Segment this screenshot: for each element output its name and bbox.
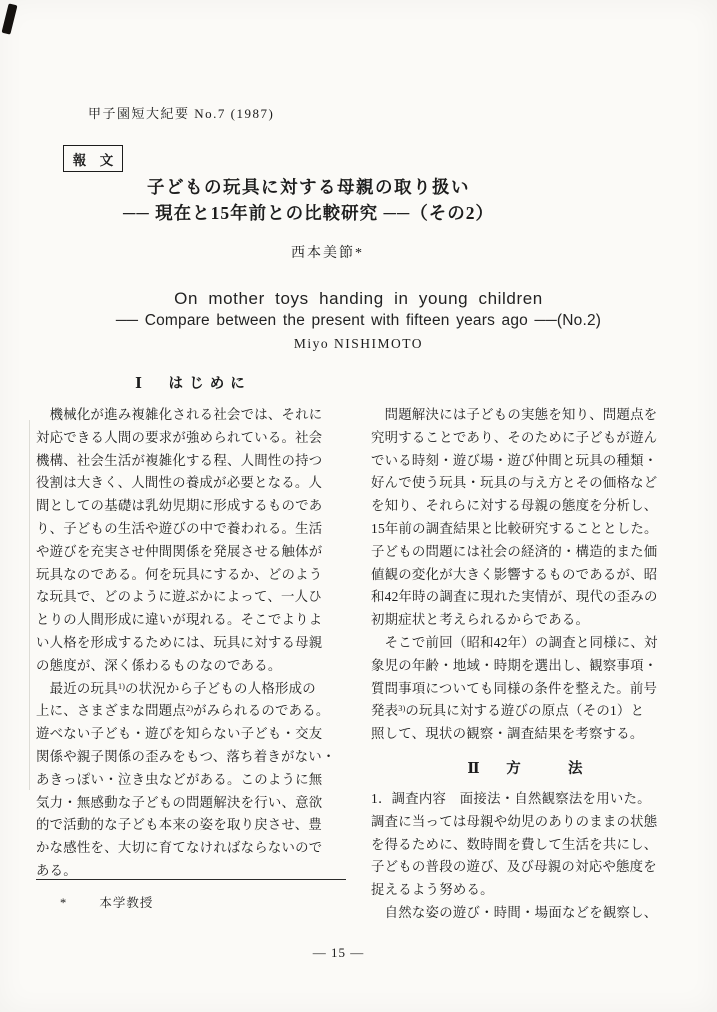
text-line-with-note-ref: 最近の玩具1)の状況から子どもの人格形成の [36, 678, 350, 701]
text-line: や遊びを充実させ仲間関係を発展させる触体が [36, 541, 350, 564]
footnote-text: 本学教授 [99, 896, 153, 910]
text-line: 機構、社会生活が複雑化する程、人間性の持つ [36, 450, 350, 473]
paper-title-jp-line2: ── 現在と15年前との比較研究 ──（その2） [0, 201, 667, 226]
report-type-label: 報 文 [73, 149, 114, 169]
text-line: 役割は大きく、人間性の養成が必要となる。人 [36, 472, 350, 495]
text-line: 質問事項についても同様の条件を整えた。前号 [371, 678, 685, 701]
text-line: 間としての基礎は乳幼児期に形成するものであ [36, 495, 350, 518]
author-name-en: Miyo NISHIMOTO [0, 333, 717, 355]
text-line: い人格を形成するためには、玩具に対する母親 [36, 632, 350, 655]
paper-page: 甲子園短大紀要 No.7 (1987) 報 文 子どもの玩具に対する母親の取り扱… [0, 0, 717, 1012]
text-line: 的で活動的な子ども本来の姿を取り戻させ、豊 [36, 814, 350, 837]
text-segment: 最近の玩具 [36, 681, 118, 696]
text-line: り、子どもの生活や遊びの中で養われる。生活 [36, 518, 350, 541]
page-number: — 15 — [0, 945, 697, 961]
footnote-marker: * [60, 896, 67, 910]
text-segment: の玩具に対する遊びの原点（その1）と [405, 703, 644, 718]
text-line: 15年前の調査結果と比較研究することとした。 [371, 518, 685, 541]
report-type-box: 報 文 [63, 145, 123, 172]
right-column: 問題解決には子どもの実態を知り、問題点を 究明することであり、そのために子どもが… [371, 374, 685, 925]
text-line: 対応できる人間の要求が強められている。社会 [36, 427, 350, 450]
text-line: 調査に当っては母親や幼児のありのままの状態 [371, 811, 685, 834]
text-line: そこで前回（昭和42年）の調査と同様に、対 [371, 632, 685, 655]
text-line: 値観の変化が大きく影響するものであるが、昭 [371, 564, 685, 587]
footnote: * 本学教授 [60, 893, 153, 911]
text-line: 1．調査内容 面接法・自然観察法を用いた。 [371, 788, 685, 811]
text-line: 好んで使う玩具・玩具の与え方とその価格など [371, 472, 685, 495]
text-line: 象児の年齢・地域・時期を選出し、観察事項・ [371, 655, 685, 678]
section-heading-methods: Ⅱ 方 法 [371, 758, 685, 780]
english-title-block: On mother toys handing in young children… [0, 287, 717, 355]
text-line: 自然な姿の遊び・時間・場面などを観察し、 [371, 902, 685, 925]
footnote-rule [36, 879, 346, 880]
section-heading-introduction: Ⅰ はじめに [36, 374, 350, 394]
text-line: 関係や親子関係の歪みをもつ、落ち着きがない・ [36, 746, 350, 769]
text-line: を知り、それらに対する母親の態度を分析し、 [371, 495, 685, 518]
text-line: 初期症状と考えられるからである。 [371, 609, 685, 632]
text-segment: 上に、さまざまな問題点 [36, 703, 186, 718]
text-segment: の状況から子どもの人格形成の [125, 681, 316, 696]
text-line: 機械化が進み複雑化される社会では、それに [36, 404, 350, 427]
text-line: を得るために、数時間を費して生活を共にし、 [371, 834, 685, 857]
text-line-with-note-ref: 上に、さまざまな問題点2)がみられるのである。 [36, 700, 350, 723]
text-line: の態度が、深く係わるものなのである。 [36, 655, 350, 678]
text-line: とりの人間形成に違いが現れる。そこでよりよ [36, 609, 350, 632]
text-line: 気力・無感動な子どもの問題解決を行い、意欲 [36, 792, 350, 815]
text-line: 玩具なのである。何を玩具にするか、どのよう [36, 564, 350, 587]
scan-artifact-mark [2, 3, 18, 34]
note-reference-1: 1) [118, 681, 125, 691]
text-line: 捉えるよう努める。 [371, 879, 685, 902]
journal-header: 甲子園短大紀要 No.7 (1987) [88, 103, 274, 122]
text-line: 遊べない子ども・遊びを知らない子ども・交友 [36, 723, 350, 746]
paper-title-en-line1: On mother toys handing in young children [0, 287, 717, 310]
text-line: あきっぽい・泣き虫などがある。このように無 [36, 769, 350, 792]
author-name-jp: 西本美節* [0, 242, 686, 262]
left-column: Ⅰ はじめに 機械化が進み複雑化される社会では、それに 対応できる人間の要求が強… [36, 374, 350, 883]
scan-gutter-line [29, 420, 30, 790]
paper-title-jp-line1: 子どもの玩具に対する母親の取り扱い [0, 175, 667, 200]
text-line: 究明することであり、そのために子どもが遊ん [371, 427, 685, 450]
text-line: 和42年時の調査に現れた実情が、現代の歪みの [371, 586, 685, 609]
text-line: 照して、現状の観察・調査結果を考察する。 [371, 723, 685, 746]
text-segment: 発表 [371, 703, 398, 718]
text-line-with-note-ref: 発表3)の玩具に対する遊びの原点（その1）と [371, 700, 685, 723]
text-line: 子どもの普段の遊び、及び母親の対応や態度を [371, 856, 685, 879]
title-block: 子どもの玩具に対する母親の取り扱い ── 現在と15年前との比較研究 ──（その… [0, 175, 667, 226]
text-line: でいる時刻・遊び場・遊び仲間と玩具の種類・ [371, 450, 685, 473]
text-line: 子どもの問題には社会の経済的・構造的また価 [371, 541, 685, 564]
text-segment: がみられるのである。 [193, 703, 329, 718]
text-line: な玩具で、どのように遊ぶかによって、一人ひ [36, 586, 350, 609]
text-line: かな感性を、大切に育てなければならないので [36, 837, 350, 860]
paper-title-en-line2: ── Compare between the present with fift… [0, 310, 717, 332]
text-line: 問題解決には子どもの実態を知り、問題点を [371, 404, 685, 427]
